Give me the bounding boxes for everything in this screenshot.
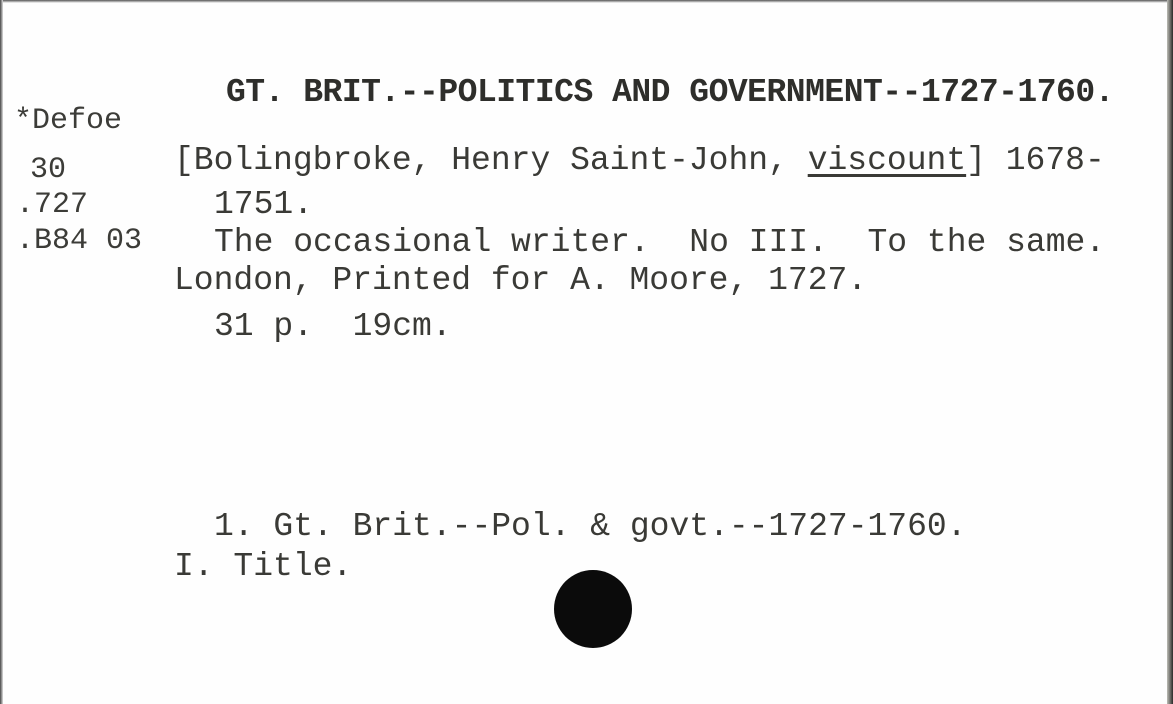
author-dates-continuation: 1751. xyxy=(214,188,313,221)
subject-heading: GT. BRIT.--POLITICS AND GOVERNMENT--1727… xyxy=(226,76,1114,109)
card-edge-left xyxy=(0,0,3,704)
title-statement: The occasional writer. No III. To the sa… xyxy=(214,226,1105,259)
card-edge-right xyxy=(1167,0,1173,704)
author-name: [Bolingbroke, Henry Saint-John, xyxy=(174,142,808,179)
author-dates: ] 1678- xyxy=(966,142,1105,179)
card-edge-top xyxy=(0,0,1173,3)
collation: 31 p. 19cm. xyxy=(214,310,452,343)
call-number-line-4: .B84 03 xyxy=(16,226,142,256)
call-number-line-3: .727 xyxy=(16,190,88,220)
call-number-line-1: *Defoe xyxy=(14,106,122,136)
imprint: London, Printed for A. Moore, 1727. xyxy=(174,264,867,297)
tracing-subject: 1. Gt. Brit.--Pol. & govt.--1727-1760. xyxy=(214,510,967,543)
filing-hole xyxy=(554,570,632,648)
call-number-line-2: 30 xyxy=(30,155,66,185)
author-title-word: viscount xyxy=(808,142,966,179)
author-entry: [Bolingbroke, Henry Saint-John, viscount… xyxy=(174,144,1105,177)
catalog-card: *Defoe 30 .727 .B84 03 GT. BRIT.--POLITI… xyxy=(0,0,1173,704)
tracing-title: I. Title. xyxy=(174,550,352,583)
